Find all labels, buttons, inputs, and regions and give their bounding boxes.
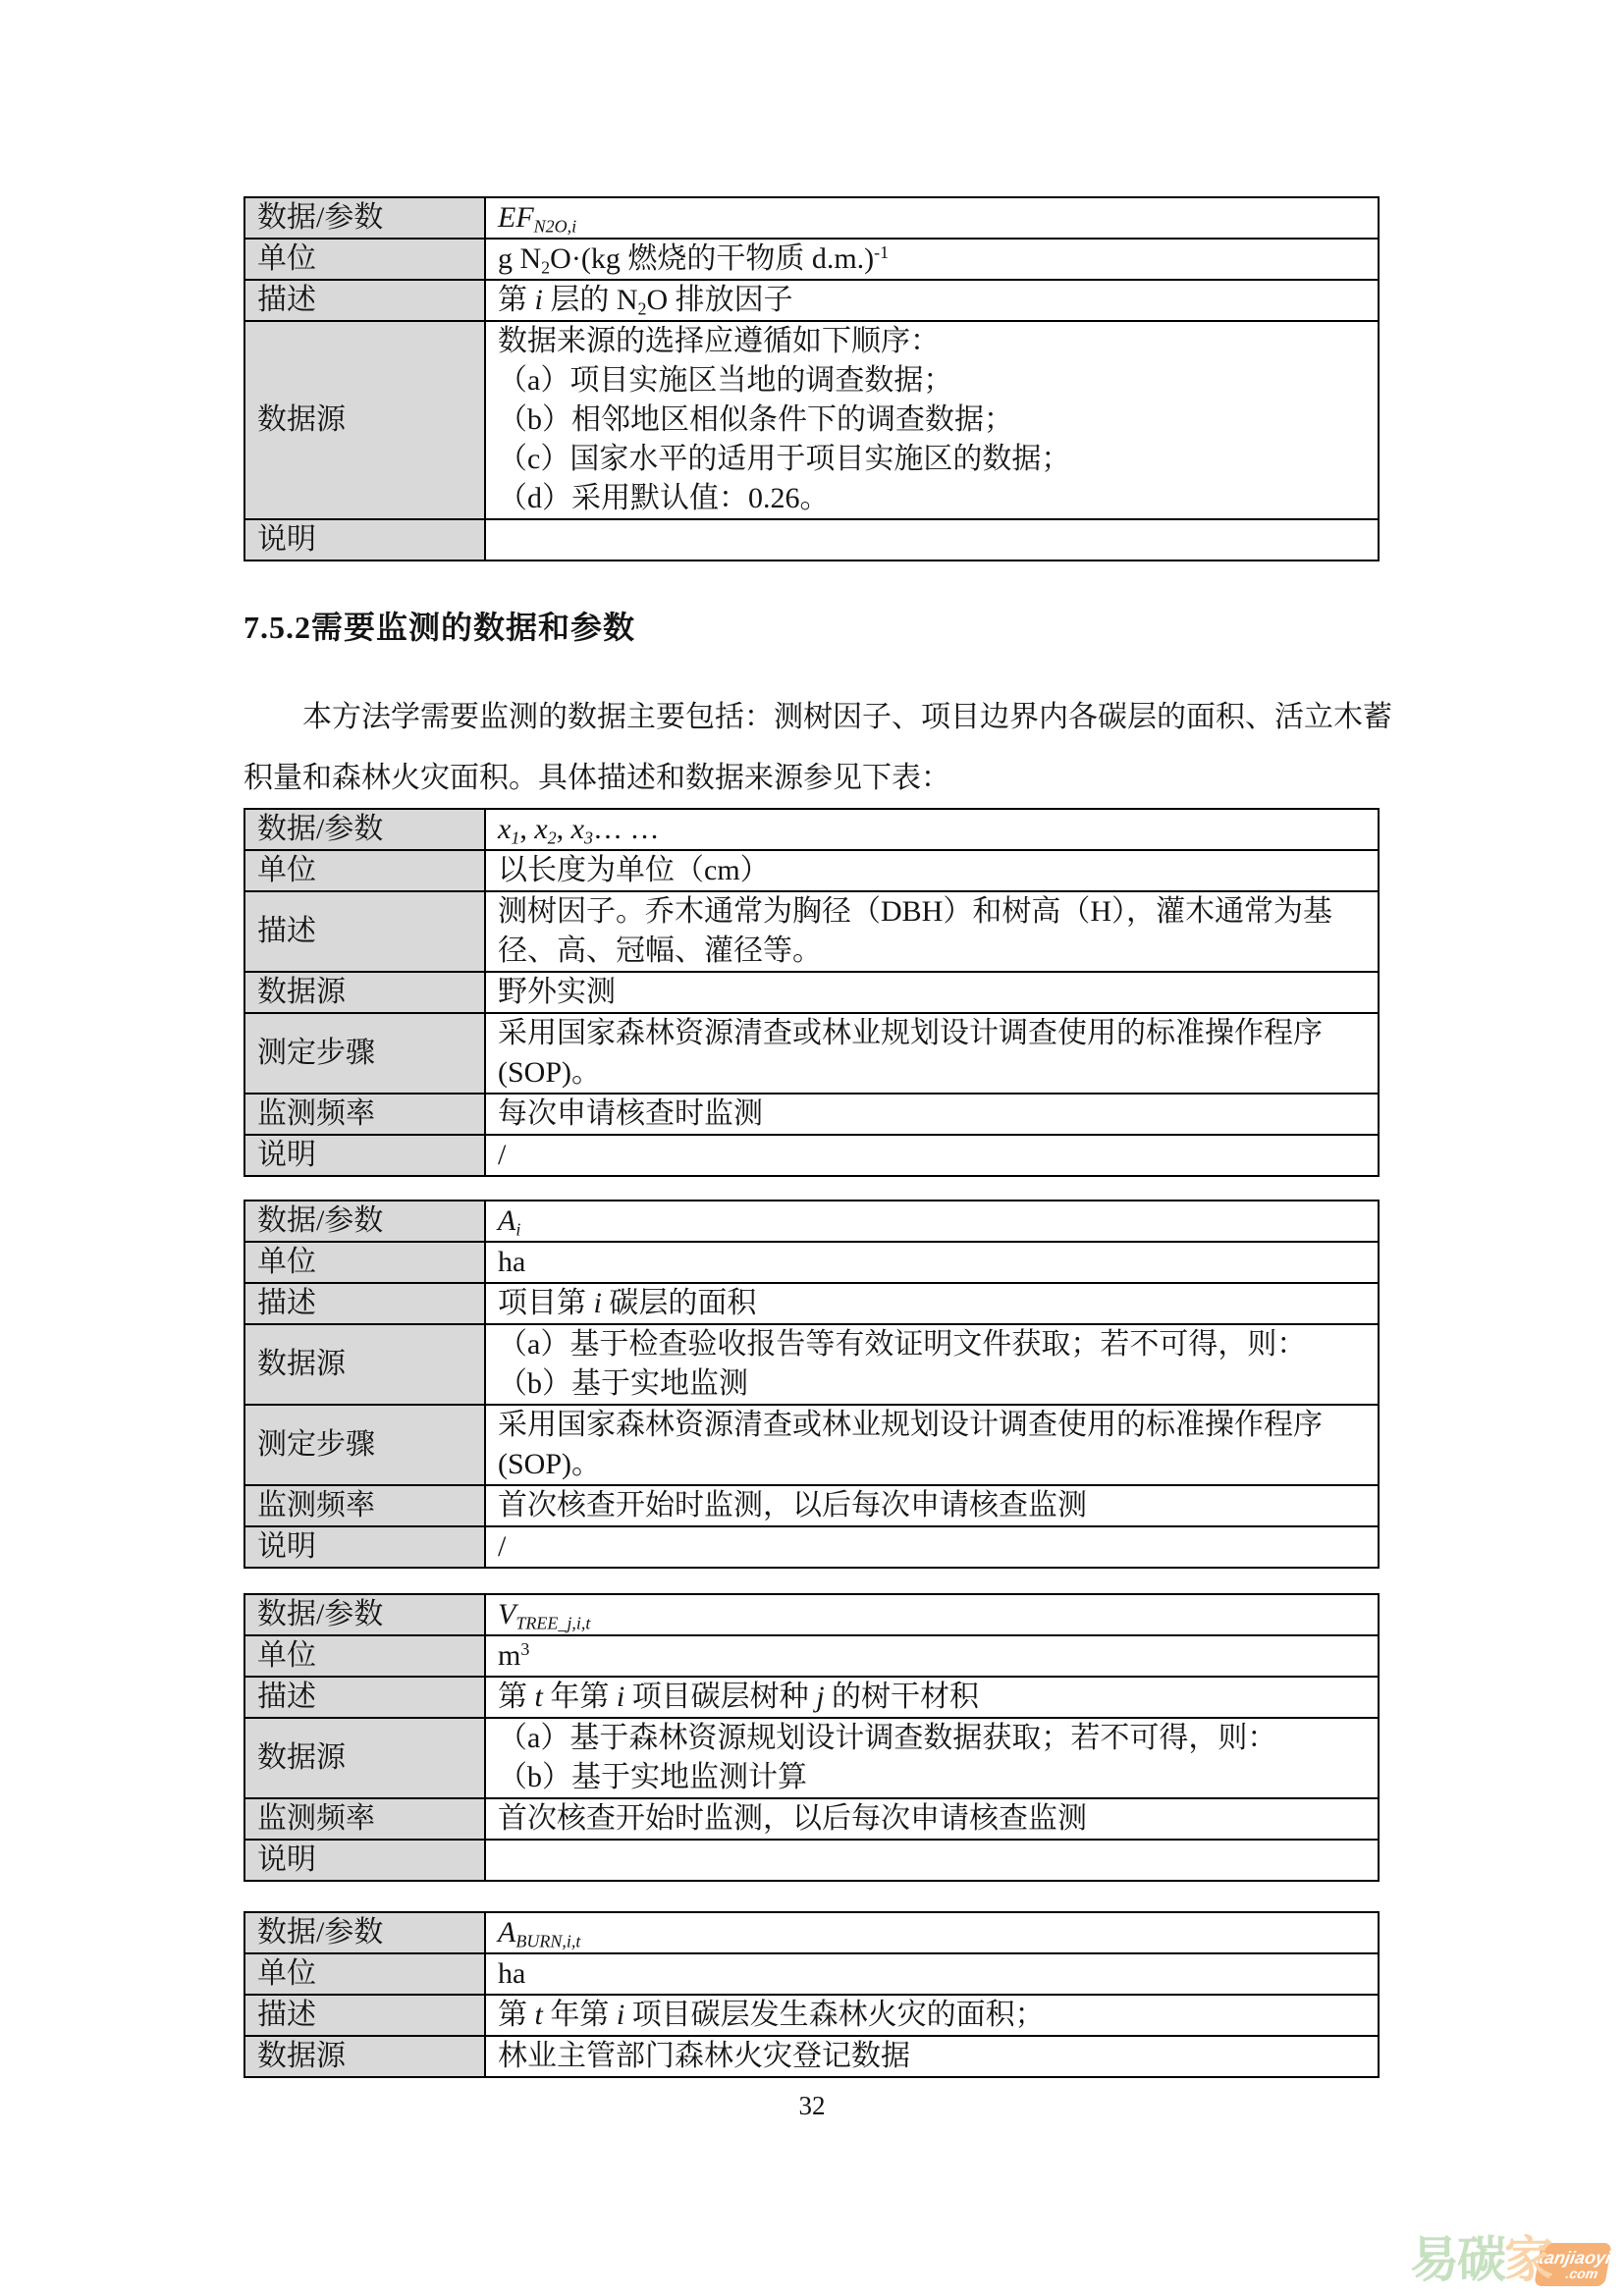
table-row: 数据源（a）基于森林资源规划设计调查数据获取；若不可得，则：（b）基于实地监测计… <box>244 1718 1379 1798</box>
row-value: / <box>485 1526 1379 1568</box>
cell-line: （b）相邻地区相似条件下的调查数据； <box>498 400 1366 440</box>
section-heading: 7.5.2需要监测的数据和参数 <box>244 603 635 648</box>
cell-line: 项目第 i 碳层的面积 <box>498 1284 1366 1323</box>
row-value: g N2O·(kg 燃烧的干物质 d.m.)-1 <box>485 239 1379 280</box>
cell-line: 首次核查开始时监测，以后每次申请核查监测 <box>498 1486 1366 1525</box>
table-row: 数据源林业主管部门森林火灾登记数据 <box>244 2036 1379 2077</box>
text-segment: 年第 <box>543 1999 617 2031</box>
table-row: 测定步骤采用国家森林资源清查或林业规划设计调查使用的标准操作程序(SOP)。 <box>244 1013 1379 1094</box>
row-label: 数据源 <box>244 2036 485 2077</box>
row-label: 数据/参数 <box>244 197 485 239</box>
row-value: 第 t 年第 i 项目碳层发生森林火灾的面积； <box>485 1995 1379 2036</box>
table-row: 数据/参数ABURN,i,t <box>244 1912 1379 1953</box>
table-row: 数据/参数x1, x2, x3… … <box>244 809 1379 850</box>
row-label: 描述 <box>244 1995 485 2036</box>
row-label: 描述 <box>244 1283 485 1324</box>
text-segment: 项目碳层树种 <box>624 1681 816 1713</box>
row-label: 监测频率 <box>244 1094 485 1135</box>
page-number: 32 <box>0 2091 1624 2121</box>
text-segment: 第 <box>498 284 535 316</box>
text-segment: BURN,i,t <box>515 1931 580 1950</box>
text-segment: 2 <box>541 257 550 277</box>
cell-line: 第 i 层的 N2O 排放因子 <box>498 281 1366 320</box>
table-row: 数据/参数Ai <box>244 1201 1379 1242</box>
text-segment: 1 <box>511 828 519 847</box>
table-row: 监测频率首次核查开始时监测，以后每次申请核查监测 <box>244 1485 1379 1526</box>
row-label: 数据源 <box>244 1324 485 1405</box>
row-label: 数据源 <box>244 321 485 519</box>
document-page: 数据/参数EFN2O,i单位g N2O·(kg 燃烧的干物质 d.m.)-1描述… <box>0 0 1624 2296</box>
row-value: 第 t 年第 i 项目碳层树种 j 的树干材积 <box>485 1677 1379 1718</box>
cell-line: （a）项目实施区当地的调查数据； <box>498 361 1366 400</box>
row-value: x1, x2, x3… … <box>485 809 1379 850</box>
table-row: 描述第 t 年第 i 项目碳层树种 j 的树干材积 <box>244 1677 1379 1718</box>
cell-line: VTREE_j,i,t <box>498 1595 1366 1634</box>
row-label: 单位 <box>244 1953 485 1995</box>
cell-line: 第 t 年第 i 项目碳层树种 j 的树干材积 <box>498 1678 1366 1717</box>
cell-line: 采用国家森林资源清查或林业规划设计调查使用的标准操作程序 <box>498 1406 1366 1445</box>
cell-line: ABURN,i,t <box>498 1913 1366 1952</box>
table-row: 说明 <box>244 1840 1379 1881</box>
row-value: m3 <box>485 1635 1379 1677</box>
text-segment: g N <box>498 242 541 275</box>
text-segment: N2O,i <box>534 216 577 236</box>
row-value <box>485 519 1379 561</box>
cell-line: 林业主管部门森林火灾登记数据 <box>498 2037 1366 2076</box>
cell-line: 每次申请核查时监测 <box>498 1095 1366 1134</box>
row-value: 测树因子。乔木通常为胸径（DBH）和树高（H），灌木通常为基径、高、冠幅、灌径等… <box>485 891 1379 972</box>
cell-line: (SOP)。 <box>498 1053 1366 1093</box>
cell-line: （b）基于实地监测计算 <box>498 1758 1366 1797</box>
row-label: 说明 <box>244 1840 485 1881</box>
row-label: 说明 <box>244 519 485 561</box>
row-label: 说明 <box>244 1526 485 1568</box>
param-table-stratum-area: 数据/参数Ai单位ha描述项目第 i 碳层的面积数据源（a）基于检查验收报告等有… <box>244 1200 1380 1569</box>
cell-line: 首次核查开始时监测，以后每次申请核查监测 <box>498 1799 1366 1839</box>
cell-line: （a）基于森林资源规划设计调查数据获取；若不可得，则： <box>498 1719 1366 1758</box>
table-row: 数据源（a）基于检查验收报告等有效证明文件获取；若不可得，则：（b）基于实地监测 <box>244 1324 1379 1405</box>
row-label: 监测频率 <box>244 1798 485 1840</box>
row-label: 数据源 <box>244 1718 485 1798</box>
table-row: 数据源野外实测 <box>244 972 1379 1013</box>
table-row: 数据/参数VTREE_j,i,t <box>244 1594 1379 1635</box>
row-value: 首次核查开始时监测，以后每次申请核查监测 <box>485 1485 1379 1526</box>
param-table-tree-factors: 数据/参数x1, x2, x3… …单位以长度为单位（cm）描述测树因子。乔木通… <box>244 808 1380 1177</box>
table-row: 数据源数据来源的选择应遵循如下顺序：（a）项目实施区当地的调查数据；（b）相邻地… <box>244 321 1379 519</box>
text-segment: x <box>571 813 584 845</box>
param-table-ef-n2o: 数据/参数EFN2O,i单位g N2O·(kg 燃烧的干物质 d.m.)-1描述… <box>244 196 1380 561</box>
cell-line: (SOP)。 <box>498 1445 1366 1484</box>
table-row: 说明/ <box>244 1526 1379 1568</box>
text-segment: i <box>617 1681 624 1713</box>
text-segment: 项目碳层发生森林火灾的面积； <box>624 1999 1045 2031</box>
text-segment: t <box>535 1681 543 1713</box>
cell-line: / <box>498 1527 1366 1567</box>
watermark-text-green: 易碳 <box>1410 2232 1504 2287</box>
cell-line: m3 <box>498 1636 1366 1676</box>
text-segment: 第 <box>498 1681 535 1713</box>
row-label: 描述 <box>244 280 485 321</box>
cell-line: （d）采用默认值：0.26。 <box>498 479 1366 518</box>
row-value: EFN2O,i <box>485 197 1379 239</box>
row-value: （a）基于检查验收报告等有效证明文件获取；若不可得，则：（b）基于实地监测 <box>485 1324 1379 1405</box>
text-segment: m <box>498 1639 520 1672</box>
intro-paragraph: 本方法学需要监测的数据主要包括：测树因子、项目边界内各碳层的面积、活立木蓄 积量… <box>244 687 1422 809</box>
row-label: 单位 <box>244 850 485 891</box>
row-value: 每次申请核查时监测 <box>485 1094 1379 1135</box>
row-value: / <box>485 1135 1379 1176</box>
cell-line: 以长度为单位（cm） <box>498 851 1366 890</box>
row-value: （a）基于森林资源规划设计调查数据获取；若不可得，则：（b）基于实地监测计算 <box>485 1718 1379 1798</box>
row-label: 描述 <box>244 1677 485 1718</box>
table-row: 监测频率每次申请核查时监测 <box>244 1094 1379 1135</box>
row-label: 数据/参数 <box>244 1201 485 1242</box>
row-value: ha <box>485 1242 1379 1283</box>
text-segment: O·(kg 燃烧的干物质 d.m.) <box>550 242 874 275</box>
cell-line: 野外实测 <box>498 973 1366 1012</box>
cell-line: Ai <box>498 1201 1366 1241</box>
text-segment: 层的 N <box>543 284 638 316</box>
cell-line: x1, x2, x3… … <box>498 810 1366 849</box>
cell-line: / <box>498 1136 1366 1175</box>
row-label: 描述 <box>244 891 485 972</box>
cell-line: 第 t 年第 i 项目碳层发生森林火灾的面积； <box>498 1996 1366 2035</box>
row-value: 采用国家森林资源清查或林业规划设计调查使用的标准操作程序(SOP)。 <box>485 1405 1379 1485</box>
table-row: 描述测树因子。乔木通常为胸径（DBH）和树高（H），灌木通常为基径、高、冠幅、灌… <box>244 891 1379 972</box>
text-segment: , <box>519 813 534 845</box>
table-row: 描述第 t 年第 i 项目碳层发生森林火灾的面积； <box>244 1995 1379 2036</box>
text-segment: -1 <box>874 242 889 262</box>
row-label: 数据/参数 <box>244 809 485 850</box>
table-row: 说明/ <box>244 1135 1379 1176</box>
row-label: 测定步骤 <box>244 1405 485 1485</box>
table-row: 描述第 i 层的 N2O 排放因子 <box>244 280 1379 321</box>
param-table-burn-area: 数据/参数ABURN,i,t单位ha描述第 t 年第 i 项目碳层发生森林火灾的… <box>244 1911 1380 2078</box>
text-segment: V <box>498 1598 515 1630</box>
cell-line: ha <box>498 1243 1366 1282</box>
text-segment: 碳层的面积 <box>602 1287 757 1319</box>
text-segment: 2 <box>548 828 557 847</box>
text-segment: j <box>816 1681 824 1713</box>
text-segment: O 排放因子 <box>647 284 793 316</box>
table-row: 单位以长度为单位（cm） <box>244 850 1379 891</box>
row-label: 监测频率 <box>244 1485 485 1526</box>
cell-line: （b）基于实地监测 <box>498 1364 1366 1404</box>
row-value: 以长度为单位（cm） <box>485 850 1379 891</box>
row-value: 采用国家森林资源清查或林业规划设计调查使用的标准操作程序(SOP)。 <box>485 1013 1379 1094</box>
row-label: 测定步骤 <box>244 1013 485 1094</box>
row-value: 第 i 层的 N2O 排放因子 <box>485 280 1379 321</box>
cell-line: 径、高、冠幅、灌径等。 <box>498 932 1366 971</box>
row-label: 单位 <box>244 1242 485 1283</box>
row-value: 数据来源的选择应遵循如下顺序：（a）项目实施区当地的调查数据；（b）相邻地区相似… <box>485 321 1379 519</box>
row-value: VTREE_j,i,t <box>485 1594 1379 1635</box>
cell-line: （c）国家水平的适用于项目实施区的数据； <box>498 440 1366 479</box>
text-segment: , <box>557 813 571 845</box>
row-value: ha <box>485 1953 1379 1995</box>
row-value <box>485 1840 1379 1881</box>
row-value: 野外实测 <box>485 972 1379 1013</box>
text-segment: x <box>498 813 511 845</box>
table-row: 数据/参数EFN2O,i <box>244 197 1379 239</box>
text-segment: 3 <box>520 1639 529 1659</box>
row-label: 数据/参数 <box>244 1594 485 1635</box>
table-row: 描述项目第 i 碳层的面积 <box>244 1283 1379 1324</box>
table-row: 单位g N2O·(kg 燃烧的干物质 d.m.)-1 <box>244 239 1379 280</box>
text-segment: 的树干材积 <box>825 1681 980 1713</box>
row-label: 数据源 <box>244 972 485 1013</box>
watermark-logo: 易碳 家 tanjiaoyi .com <box>1410 2232 1608 2287</box>
watermark-text-peach: 家 <box>1504 2232 1551 2287</box>
text-segment: 第 <box>498 1999 535 2031</box>
text-segment: 项目第 <box>498 1287 594 1319</box>
text-segment: … … <box>593 813 660 845</box>
text-segment: A <box>498 1916 515 1949</box>
text-segment: t <box>535 1999 543 2031</box>
text-segment: TREE_j,i,t <box>515 1613 590 1632</box>
text-segment: A <box>498 1204 515 1237</box>
cell-line: EFN2O,i <box>498 198 1366 238</box>
text-segment: i <box>594 1287 602 1319</box>
text-segment: i <box>515 1219 520 1239</box>
intro-line: 本方法学需要监测的数据主要包括：测树因子、项目边界内各碳层的面积、活立木蓄 <box>244 687 1422 748</box>
row-label: 说明 <box>244 1135 485 1176</box>
intro-line: 积量和森林火灾面积。具体描述和数据来源参见下表： <box>244 748 1422 809</box>
row-label: 单位 <box>244 239 485 280</box>
row-value: 项目第 i 碳层的面积 <box>485 1283 1379 1324</box>
text-segment: i <box>535 284 543 316</box>
table-row: 说明 <box>244 519 1379 561</box>
text-segment: 年第 <box>543 1681 617 1713</box>
table-row: 监测频率首次核查开始时监测，以后每次申请核查监测 <box>244 1798 1379 1840</box>
table-row: 单位m3 <box>244 1635 1379 1677</box>
cell-line: 测树因子。乔木通常为胸径（DBH）和树高（H），灌木通常为基 <box>498 892 1366 932</box>
cell-line: 数据来源的选择应遵循如下顺序： <box>498 322 1366 361</box>
row-label: 数据/参数 <box>244 1912 485 1953</box>
row-value: Ai <box>485 1201 1379 1242</box>
cell-line: （a）基于检查验收报告等有效证明文件获取；若不可得，则： <box>498 1325 1366 1364</box>
text-segment: x <box>534 813 547 845</box>
cell-line: ha <box>498 1954 1366 1994</box>
row-value: 首次核查开始时监测，以后每次申请核查监测 <box>485 1798 1379 1840</box>
text-segment: 3 <box>584 828 593 847</box>
cell-line: 采用国家森林资源清查或林业规划设计调查使用的标准操作程序 <box>498 1014 1366 1053</box>
cell-line: g N2O·(kg 燃烧的干物质 d.m.)-1 <box>498 240 1366 279</box>
text-segment: 2 <box>638 298 647 318</box>
table-row: 单位ha <box>244 1242 1379 1283</box>
table-row: 单位ha <box>244 1953 1379 1995</box>
text-segment: EF <box>498 201 534 234</box>
table-row: 测定步骤采用国家森林资源清查或林业规划设计调查使用的标准操作程序(SOP)。 <box>244 1405 1379 1485</box>
text-segment: i <box>617 1999 624 2031</box>
row-label: 单位 <box>244 1635 485 1677</box>
param-table-tree-volume: 数据/参数VTREE_j,i,t单位m3描述第 t 年第 i 项目碳层树种 j … <box>244 1593 1380 1882</box>
row-value: ABURN,i,t <box>485 1912 1379 1953</box>
row-value: 林业主管部门森林火灾登记数据 <box>485 2036 1379 2077</box>
